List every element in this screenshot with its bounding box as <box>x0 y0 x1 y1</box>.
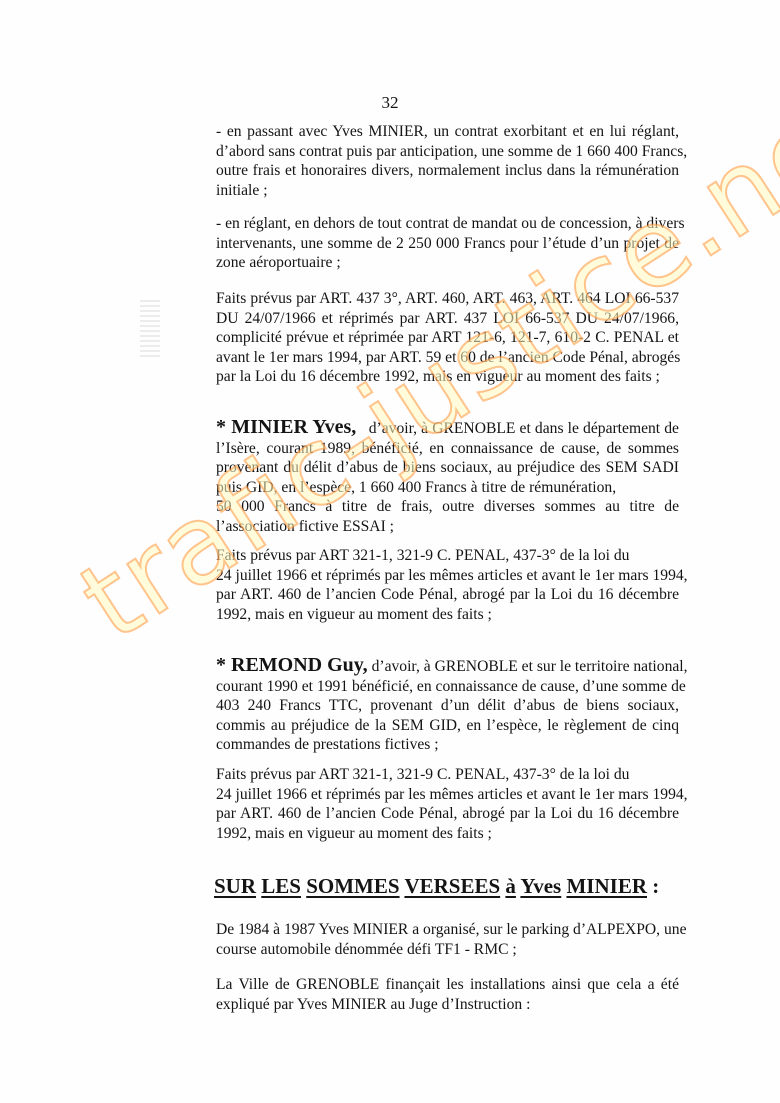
text-line: complicité prévue et réprimée par ART 12… <box>216 328 679 348</box>
text-line: par ART. 460 de l’ancien Code Pénal, abr… <box>216 585 679 605</box>
text-line: Faits prévus par ART. 437 3°, ART. 460, … <box>216 289 679 309</box>
text-line: - en passant avec Yves MINIER, un contra… <box>216 122 679 142</box>
heading-word: SUR <box>214 874 256 898</box>
text-line: expliqué par Yves MINIER au Juge d’Instr… <box>216 995 679 1015</box>
text-line: 50 000 Francs à titre de frais, outre di… <box>216 497 679 517</box>
text-line: - en réglant, en dehors de tout contrat … <box>216 214 679 234</box>
document-page: 32 - en passant avec Yves MINIER, un con… <box>0 0 780 1103</box>
text-line: par la Loi du 16 décembre 1992, mais en … <box>216 367 679 387</box>
paragraph-minier-yves: * MINIER Yves, d’avoir, à GRENOBLE et da… <box>216 418 679 537</box>
text-line: puis GID, en l’espèce, 1 660 400 Francs … <box>216 478 679 498</box>
text-line: commis au préjudice de la SEM GID, en l’… <box>216 716 679 736</box>
text-line: 24 juillet 1966 et réprimés par les même… <box>216 566 679 586</box>
text-line: l’Isère, courant 1989, bénéficié, en con… <box>216 439 679 459</box>
defendant-name: * MINIER Yves, <box>216 416 356 438</box>
text-line: outre frais et honoraires divers, normal… <box>216 161 679 181</box>
paragraph-zone-aeroportuaire: - en réglant, en dehors de tout contrat … <box>216 214 679 273</box>
text-fragment: d’avoir, à GRENOBLE et sur le territoire… <box>372 658 688 675</box>
text-line: avant le 1er mars 1994, par ART. 59 et 6… <box>216 348 679 368</box>
text-line: Faits prévus par ART 321-1, 321-9 C. PEN… <box>216 546 679 566</box>
text-layer: 32 - en passant avec Yves MINIER, un con… <box>0 0 780 1103</box>
text-line: par ART. 460 de l’ancien Code Pénal, abr… <box>216 804 679 824</box>
text-line: 1992, mais en vigueur au moment des fait… <box>216 605 679 625</box>
text-line: course automobile dénommée défi TF1 - RM… <box>216 940 679 960</box>
heading-word: à <box>505 874 516 898</box>
text-line: * REMOND Guy, d’avoir, à GRENOBLE et sur… <box>216 656 679 677</box>
text-line: l’association fictive ESSAI ; <box>216 517 679 537</box>
heading-word: VERSEES <box>404 874 500 898</box>
page-number: 32 <box>0 93 780 113</box>
text-line: provenant du délit d’abus de biens socia… <box>216 458 679 478</box>
heading-word: SOMMES <box>306 874 399 898</box>
paragraph-ville-grenoble: La Ville de GRENOBLE finançait les insta… <box>216 975 679 1014</box>
text-line: La Ville de GRENOBLE finançait les insta… <box>216 975 679 995</box>
text-line: DU 24/07/1966 et réprimés par ART. 437 L… <box>216 309 679 329</box>
heading-word: Yves <box>520 874 561 898</box>
text-line: commandes de prestations fictives ; <box>216 735 679 755</box>
defendant-name: * REMOND Guy, <box>216 654 368 676</box>
heading-word: LES <box>261 874 301 898</box>
text-fragment: d’avoir, à GRENOBLE et dans le départeme… <box>369 420 679 437</box>
paragraph-remond-guy: * REMOND Guy, d’avoir, à GRENOBLE et sur… <box>216 656 679 755</box>
text-line: 1992, mais en vigueur au moment des fait… <box>216 824 679 844</box>
text-line: courant 1990 et 1991 bénéficié, en conna… <box>216 677 679 697</box>
text-line: 24 juillet 1966 et réprimés par les même… <box>216 785 679 805</box>
paragraph-faits-prevus-3: Faits prévus par ART 321-1, 321-9 C. PEN… <box>216 765 679 843</box>
paragraph-contrat-minier: - en passant avec Yves MINIER, un contra… <box>216 122 679 200</box>
text-line: zone aéroportuaire ; <box>216 253 679 273</box>
text-line: De 1984 à 1987 Yves MINIER a organisé, s… <box>216 920 679 940</box>
heading-word: MINIER <box>566 874 647 898</box>
section-heading: SUR LES SOMMES VERSEES à Yves MINIER : <box>214 874 659 899</box>
paragraph-course-automobile: De 1984 à 1987 Yves MINIER a organisé, s… <box>216 920 679 959</box>
text-line: intervenants, une somme de 2 250 000 Fra… <box>216 234 679 254</box>
text-line: * MINIER Yves, d’avoir, à GRENOBLE et da… <box>216 418 679 439</box>
heading-colon: : <box>647 874 659 898</box>
text-line: 403 240 Francs TTC, provenant d’un délit… <box>216 696 679 716</box>
paragraph-faits-prevus-2: Faits prévus par ART 321-1, 321-9 C. PEN… <box>216 546 679 624</box>
text-line: initiale ; <box>216 181 679 201</box>
text-line: d’abord sans contrat puis par anticipati… <box>216 142 679 162</box>
paragraph-faits-prevus-1: Faits prévus par ART. 437 3°, ART. 460, … <box>216 289 679 387</box>
text-line: Faits prévus par ART 321-1, 321-9 C. PEN… <box>216 765 679 785</box>
